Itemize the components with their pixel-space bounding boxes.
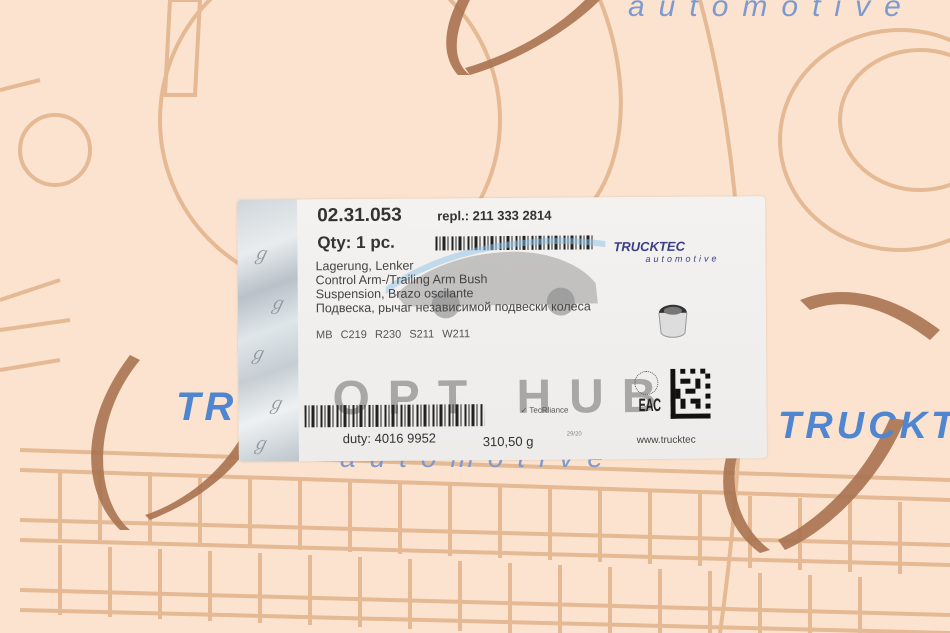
round-seal-icon (634, 371, 658, 395)
duty-barcode-icon (305, 404, 485, 427)
datamatrix-code-icon (670, 369, 710, 419)
background-brand-left: TR (176, 385, 237, 430)
background-brand-right: TRUCKTEC (778, 405, 950, 448)
weight: 310,50 g (483, 434, 534, 449)
website: www.trucktec (637, 435, 696, 446)
hologram-seal-icon: ℊℊ ℊℊ ℊ (237, 199, 299, 461)
trucktec-logo: TRUCKTEC automotive (613, 238, 719, 264)
product-label: ℊℊ ℊℊ ℊ 02.31.053 repl.: 211 333 2814 Qt… (237, 196, 767, 462)
bush-part-image-icon (656, 301, 690, 341)
description-ru: Подвеска, рычаг независимой подвески кол… (316, 299, 591, 315)
part-number: 02.31.053 (317, 205, 402, 228)
vehicle-models: MB C219 R230 S211 W211 (316, 328, 470, 341)
replacement-number: repl.: 211 333 2814 (437, 208, 551, 224)
description: Lagerung, Lenker Control Arm-/Trailing A… (316, 257, 591, 315)
quantity: Qty: 1 pc. (317, 233, 395, 254)
date-code: 29/20 (567, 431, 582, 437)
background-automotive-top: automotive (628, 0, 915, 24)
duty-code: duty: 4016 9952 (343, 430, 436, 446)
tecalliance-logo: ✓ TecRliance (521, 406, 569, 415)
eac-mark-icon: ЕАС (638, 395, 661, 416)
